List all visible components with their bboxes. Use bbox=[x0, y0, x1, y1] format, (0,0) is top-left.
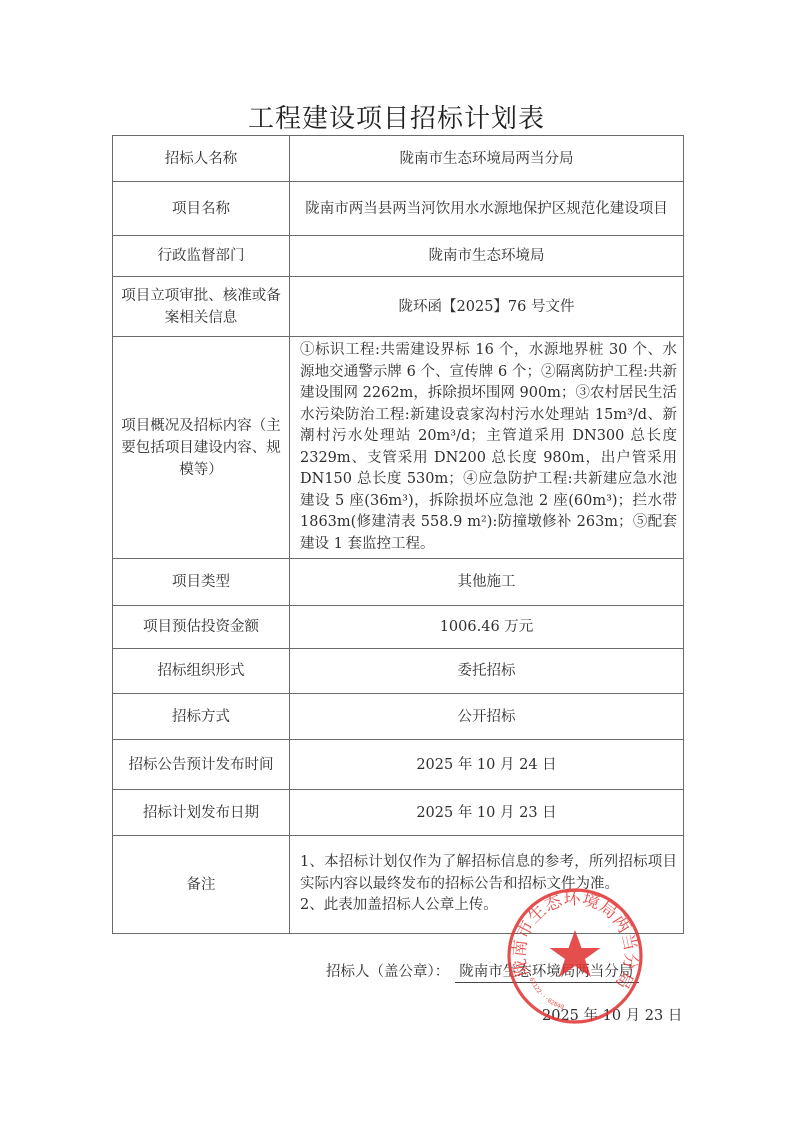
row-label: 招标组织形式 bbox=[113, 649, 290, 694]
row-value: 陇南市生态环境局 bbox=[290, 236, 684, 277]
remarks-value: 1、本招标计划仅作为了解招标信息的参考，所列招标项目实际内容以最终发布的招标公告… bbox=[290, 836, 684, 934]
signature-date: 2025 年 10 月 23 日 bbox=[542, 1004, 682, 1025]
row-value: 其他施工 bbox=[290, 559, 684, 606]
row-label: 项目类型 bbox=[113, 559, 290, 606]
table-row: 招标人名称 陇南市生态环境局两当分局 bbox=[113, 136, 684, 182]
table-row: 项目预估投资金额 1006.46 万元 bbox=[113, 606, 684, 649]
row-label: 招标方式 bbox=[113, 694, 290, 740]
table-row: 行政监督部门 陇南市生态环境局 bbox=[113, 236, 684, 277]
table-row: 招标公告预计发布时间 2025 年 10 月 24 日 bbox=[113, 740, 684, 790]
row-value: 陇南市两当县两当河饮用水水源地保护区规范化建设项目 bbox=[290, 182, 684, 236]
row-value: ①标识工程:共需建设界标 16 个，水源地界桩 30 个、水源地交通警示牌 6 … bbox=[290, 337, 684, 559]
signature-line: 招标人（盖公章）：陇南市生态环境局两当分局 bbox=[326, 960, 639, 983]
row-label: 项目名称 bbox=[113, 182, 290, 236]
table-row: 备注 1、本招标计划仅作为了解招标信息的参考，所列招标项目实际内容以最终发布的招… bbox=[113, 836, 684, 934]
table-row: 招标组织形式 委托招标 bbox=[113, 649, 684, 694]
table-row: 招标计划发布日期 2025 年 10 月 23 日 bbox=[113, 790, 684, 836]
row-value: 陇环函【2025】76 号文件 bbox=[290, 277, 684, 337]
row-label: 招标人名称 bbox=[113, 136, 290, 182]
remark-line: 1、本招标计划仅作为了解招标信息的参考，所列招标项目实际内容以最终发布的招标公告… bbox=[300, 852, 677, 895]
row-value: 公开招标 bbox=[290, 694, 684, 740]
row-label: 项目预估投资金额 bbox=[113, 606, 290, 649]
document-title: 工程建设项目招标计划表 bbox=[0, 98, 793, 135]
row-label: 招标计划发布日期 bbox=[113, 790, 290, 836]
row-label: 行政监督部门 bbox=[113, 236, 290, 277]
row-label: 项目概况及招标内容（主要包括项目建设内容、规模等） bbox=[113, 337, 290, 559]
table-row: 项目类型 其他施工 bbox=[113, 559, 684, 606]
table-row: 项目名称 陇南市两当县两当河饮用水水源地保护区规范化建设项目 bbox=[113, 182, 684, 236]
row-value: 1006.46 万元 bbox=[290, 606, 684, 649]
row-value: 2025 年 10 月 24 日 bbox=[290, 740, 684, 790]
row-label: 招标公告预计发布时间 bbox=[113, 740, 290, 790]
row-value: 陇南市生态环境局两当分局 bbox=[290, 136, 684, 182]
remark-line: 2、此表加盖招标人公章上传。 bbox=[300, 895, 677, 917]
table-row: 招标方式 公开招标 bbox=[113, 694, 684, 740]
bidding-plan-table: 招标人名称 陇南市生态环境局两当分局 项目名称 陇南市两当县两当河饮用水水源地保… bbox=[112, 135, 684, 934]
row-value: 委托招标 bbox=[290, 649, 684, 694]
signature-organization: 陇南市生态环境局两当分局 bbox=[455, 960, 639, 983]
table-row: 项目概况及招标内容（主要包括项目建设内容、规模等） ①标识工程:共需建设界标 1… bbox=[113, 337, 684, 559]
signature-label: 招标人（盖公章）： bbox=[326, 964, 449, 980]
row-label: 项目立项审批、核准或备案相关信息 bbox=[113, 277, 290, 337]
table-row: 项目立项审批、核准或备案相关信息 陇环函【2025】76 号文件 bbox=[113, 277, 684, 337]
row-value: 2025 年 10 月 23 日 bbox=[290, 790, 684, 836]
row-label: 备注 bbox=[113, 836, 290, 934]
